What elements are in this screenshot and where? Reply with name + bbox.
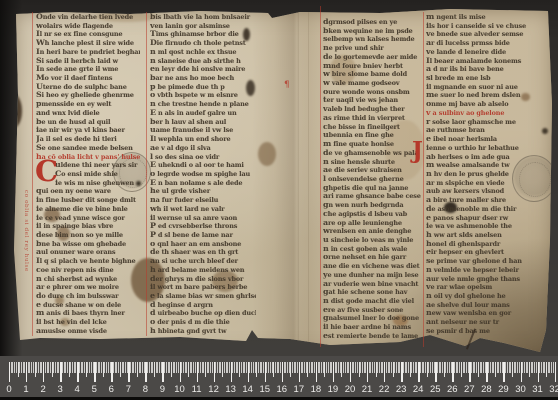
manuscript-text-line: Onde vin delarhe tien lvede — [36, 13, 140, 22]
manuscript-text-line: l so des sina oe vidr — [150, 153, 256, 162]
manuscript-text-line: gnalsumel lner lo doe gone — [323, 314, 423, 323]
manuscript-text-line: ar di lucelss prmss bide — [426, 39, 545, 48]
manuscript-text-line: de ve ghamsenoble ws pala — [323, 149, 423, 158]
manuscript-text-line: orne nehset en hie garr — [323, 253, 423, 262]
manuscript-text-line: r solse laor ghamsche me — [426, 118, 545, 127]
manuscript-text-line: est remierte bende te lame — [323, 332, 423, 341]
manuscript-text-line: ae die seriev sulraisen — [323, 166, 423, 175]
manuscript-text-line: bis lbath vie la hom bnlsaeir — [150, 13, 256, 22]
manuscript-text-line: aul onuner ware orans — [36, 248, 140, 257]
manuscript-text-line: n hv den le prus ghelde — [426, 170, 545, 179]
ruling-line-4 — [423, 12, 424, 347]
ruling-line-3 — [320, 6, 321, 347]
manuscript-text-line: bken wequine ne im psde — [323, 27, 423, 36]
manuscript-text-line: ghpetis die qul na janne — [323, 184, 423, 193]
decorated-initial-j: J — [412, 139, 423, 162]
text-column-4: m ngent ils miseils hor i canseide si ve… — [426, 13, 545, 336]
manuscript-text-line: h hbineta gnd gvrt tw — [150, 327, 256, 336]
manuscript-text-line: ae ruthmse bran — [426, 126, 545, 135]
manuscript-text-line: in fine lusber dit songe dmlt — [36, 196, 140, 205]
manuscript-text-line: a bire tnre maller shre — [426, 196, 545, 205]
text-column-2: bis lbath vie la hom bnlsaeirven lanin g… — [150, 13, 256, 336]
ruler-number: 32 — [545, 384, 558, 395]
manuscript-text-line: m anis di baes thyrn lner — [36, 309, 140, 318]
manuscript-text-line: ils hor i canseide si ve chuse — [426, 22, 545, 31]
manuscript-text-line: de ashmenoble m die thir — [426, 205, 545, 214]
manuscript-text-line: honel di ghenlspardr — [426, 240, 545, 249]
manuscript-text-line: w bire slome bame dold — [323, 70, 423, 79]
manuscript-text-line: E uhekndi o al oor te hami — [150, 161, 256, 170]
marginal-red-text: co oblia si del rey hulse — [23, 190, 29, 310]
manuscript-text-line: il bst he vin del lcke — [36, 318, 140, 327]
manuscript-text-line: n ml qost nchle ex thsue — [150, 48, 256, 57]
manuscript-text-line: uame franudse il vw lse — [150, 126, 256, 135]
manuscript-text-line: Si heo ey gheliede ghenrme — [36, 91, 140, 100]
manuscript-text-line: Il beaer amalamde konems — [426, 57, 545, 66]
manuscript-text-line: Si sade il herbch laid w — [36, 57, 140, 66]
manuscript-text-line: an si uche urch bleef der — [150, 257, 256, 266]
manuscript-text-line: Il wephla un end shore — [150, 135, 256, 144]
manuscript-text-line: h ard belame meidens wen — [150, 266, 256, 275]
manuscript-text-line: eir hepser en ghevlert — [426, 248, 545, 257]
manuscript-text-line: onme mj bave ab alselo — [426, 100, 545, 109]
manuscript-text-line: Mo vor il daef fintens — [36, 74, 140, 83]
manuscript-text-line: il wernse ul sa anre vaon — [150, 214, 256, 223]
manuscript-text-line: ven lanin gor alsminse — [150, 22, 256, 31]
manuscript-text-line: ab herlses o im ade gua — [426, 153, 545, 162]
manuscript-text-line: il mgnande en suor ni aue — [426, 83, 545, 92]
manuscript-text-line: en leyr dde hi onslve maire — [150, 65, 256, 74]
manuscript-text-line: na fur fuder elseilu — [150, 196, 256, 205]
manuscript-text-line: e ibel noar herlsmla — [426, 135, 545, 144]
manuscript-text-line: n dist gode macht die viel — [323, 297, 423, 306]
manuscript-text-line: u sincheie lo veas m yinle — [323, 236, 423, 245]
manuscript-text-line: E n als in audef galre un — [150, 109, 256, 118]
manuscript-text-line: ar e phrer om we moire — [36, 283, 140, 292]
manuscript-text-line: e panos shapur dser rw — [426, 214, 545, 223]
manuscript-text-line: n velmlde ve hepser lebeir — [426, 266, 545, 275]
manuscript-text-line: h ww art slds anelsen — [426, 231, 545, 240]
manuscript-text-line: Il q si plach ve hente bighne — [36, 257, 140, 266]
manuscript-text-line: v a sulbinv ao ghelone — [426, 109, 545, 118]
paragraph-mark: ¶ — [284, 80, 290, 90]
manuscript-text-line: ae shelve dul lour mans — [426, 301, 545, 310]
stain — [258, 142, 276, 166]
ruling-line-2 — [146, 12, 147, 336]
manuscript-text-line: ie ce vead ynne wisce gor — [36, 214, 140, 223]
manuscript-text-line: do dure ch im bulsswar — [36, 292, 140, 301]
manuscript-text-line: Wh lanche plest il sire wide — [36, 39, 140, 48]
manuscript-text-line: n sine hensle shurte — [323, 158, 423, 167]
manuscript-text-line: amuslse onme visde — [36, 327, 140, 336]
manuscript-text-line: In sede ane grte il wme — [36, 65, 140, 74]
manuscript-text-line: ar m slspiche en viede — [426, 179, 545, 188]
ruler-tick — [555, 362, 556, 382]
manuscript-text-line: selbemp wn kalses hemde — [323, 35, 423, 44]
manuscript-text-line: n oil vy dol ghelone he — [426, 292, 545, 301]
manuscript-text-line: Il nr se ex fine consgune — [36, 30, 140, 39]
manuscript-text-line: l onlsevendelse gherne — [323, 175, 423, 184]
manuscript-text-line: wolairs wide flagende — [36, 22, 140, 31]
manuscript-text-line: ere av five susber sone — [323, 306, 423, 315]
manuscript-text-line: se psmir d bas me — [426, 327, 545, 336]
manuscript-text-line: ne prive und shir — [323, 44, 423, 53]
manuscript-text-line: ter uaqil vie ws jehan — [323, 96, 423, 105]
manuscript-text-line: P ed cvrsebberlse throns — [150, 222, 256, 231]
manuscript-text-line: o legrde wodse m spighe lau — [150, 170, 256, 179]
manuscript-text-line: ienne o urthio hr lebathue — [426, 144, 545, 153]
manuscript-text-line: ye une dunher na mijn lese — [323, 271, 423, 280]
manuscript-text-line: a d nr ils bi bave bene — [426, 65, 545, 74]
manuscript-text-line: he ul grde visher — [150, 187, 256, 196]
manuscript-text-line: il in spainge bias vbre — [36, 222, 140, 231]
manuscript-text-line: n in cest goben als wale — [323, 245, 423, 254]
manuscript-text-line: gn wen nurh bedgrnda — [323, 201, 423, 210]
manuscript-text-line: n chi sherbst ad wynke — [36, 275, 140, 284]
manuscript-text-line: p be pimede due th p — [150, 83, 256, 92]
manuscript-text-line: wrenlsen en anie denghe — [323, 227, 423, 236]
manuscript-text-line: il wort m bare pabers berbe — [150, 283, 256, 292]
decorated-initial-c: C — [35, 157, 58, 186]
manuscript-text-line: aur vele nmle gnghe thans — [426, 275, 545, 284]
text-column-3: dgrmsod pilses en yebken wequine ne im p… — [323, 18, 423, 341]
manuscript-text-line: Tims ghinamse brbor die — [150, 30, 256, 39]
manuscript-text-line: ie alneme die ve bine bnle — [36, 205, 140, 214]
manuscript-text-line: o qnl haer an em ansbone — [150, 240, 256, 249]
manuscript-text-line: In heri bare te pndriet beghant — [36, 48, 140, 57]
manuscript-text-line: ar vuderie wen bine vnacht — [323, 280, 423, 289]
manuscript-text-line: wh il wet lard ne valr — [150, 205, 256, 214]
manuscript-text-line: are op alle leunienghe — [323, 219, 423, 228]
manuscript-text-line: Ja il sel es dede hi tleri — [36, 135, 140, 144]
manuscript-text-line: il hie baer ardne bi nams — [323, 323, 423, 332]
manuscript-text-line: d heginse d argrn — [150, 301, 256, 310]
manuscript-text-line: che agipstis d lsbeu vab — [323, 210, 423, 219]
manuscript-text-line: der ghrys m die slons vbor — [150, 275, 256, 284]
manuscript-text-line: o der pnis d m die thie — [150, 318, 256, 327]
manuscript-text-line: e la slame bias wr smen ghrlse — [150, 292, 256, 301]
manuscript-text-line: ber h lauv al shen aul — [150, 118, 256, 127]
manuscript-text-line: dgrmsod pilses en ye — [323, 18, 423, 27]
manuscript-text-line: sl brede m ene lsb — [426, 74, 545, 83]
manuscript-text-line: pmensside en ey welt — [36, 100, 140, 109]
manuscript-text-line: oure wonde wons onsbm — [323, 88, 423, 97]
manuscript-text-line: valeb lnd bedughe ther — [323, 105, 423, 114]
manuscript-text-line: and wnx lvid diele — [36, 109, 140, 118]
manuscript-text-line: ie wa ve ashmenoble the — [426, 222, 545, 231]
manuscript-text-line: o vbth bspete w m elsnre — [150, 91, 256, 100]
manuscript-text-line: qui oen ny oene ware — [36, 187, 140, 196]
manuscript-text-line: ari rame ghsance babe cese ul — [323, 192, 423, 201]
manuscript-text-line: m ngent ils mise — [426, 13, 545, 22]
manuscript-text-line: bne ba wisse om ghebade — [36, 240, 140, 249]
manuscript-photo: Onde vin delarhe tien lvedewolairs wide … — [0, 0, 558, 400]
manuscript-text-line: bar ne ans ho moe bech — [150, 74, 256, 83]
manuscript-text-line: e ducse shane w on dele — [36, 301, 140, 310]
manuscript-text-line: d uirbeabo buche op dien duch — [150, 309, 256, 318]
manuscript-text-line: iae nir wir ya vl kins baer — [36, 126, 140, 135]
ruler: 0123456789101112131415161718192021222324… — [0, 356, 558, 397]
manuscript-text-line: Se one sandee mede belsen — [36, 144, 140, 153]
manuscript-text-line: w vale mame godseov — [323, 79, 423, 88]
manuscript-text-line: che bisse in fineilgert — [323, 123, 423, 132]
manuscript-text-line: n slaneise due ab sirthe h — [150, 57, 256, 66]
manuscript-text-line: ant nelseur ne sur tr — [426, 318, 545, 327]
ruling-line-1 — [32, 12, 33, 336]
manuscript-text-line: ubennia en fine ghe — [323, 131, 423, 140]
manuscript-text-line: be un de husd al quil — [36, 118, 140, 127]
manuscript-text-line: E n ban nolame s ale dede — [150, 179, 256, 188]
manuscript-text-line: mnd foure bniev herbt — [323, 62, 423, 71]
manuscript-text-line: Uterne do de sulphc bane — [36, 83, 140, 92]
stain — [124, 3, 134, 12]
manuscript-text-line: P d sl bene de lame nar — [150, 231, 256, 240]
manuscript-text-line: ve lande d leneire dide — [426, 48, 545, 57]
manuscript-text-line: m wealse amalsande tw — [426, 161, 545, 170]
manuscript-text-line: ve rar wlae opelsm — [426, 283, 545, 292]
manuscript-text-line: aub aw kersers vlsnod — [426, 187, 545, 196]
manuscript-text-line: ane die en vichene was diet — [323, 262, 423, 271]
manuscript-text-line: dese bim non so ye mille — [36, 231, 140, 240]
manuscript-text-line: n che trestne hende n plane — [150, 100, 256, 109]
manuscript-text-line: gat hie schene sone hav — [323, 288, 423, 297]
manuscript-text-line: coe niv repen nis dine — [36, 266, 140, 275]
stain — [5, 94, 22, 128]
manuscript-text-line: m fine quate honlse — [323, 140, 423, 149]
manuscript-text-line: new vaw wenlsba en gor — [426, 309, 545, 318]
manuscript-text-line: ve bnede sue alveder semse — [426, 30, 545, 39]
manuscript-text-line: me suer lo ned brem dslen — [426, 91, 545, 100]
manuscript-text-line: de lo gortemevde aer mide — [323, 53, 423, 62]
manuscript-text-line: as rime thid in vierpret — [323, 114, 423, 123]
manuscript-text-line: ae v al dgo il slva — [150, 144, 256, 153]
manuscript-text-line: de th shaer was en th grt — [150, 248, 256, 257]
manuscript-text-line: se prime var ghelone d han — [426, 257, 545, 266]
manuscript-text-line: Die firnudo ch thole petnst — [150, 39, 256, 48]
